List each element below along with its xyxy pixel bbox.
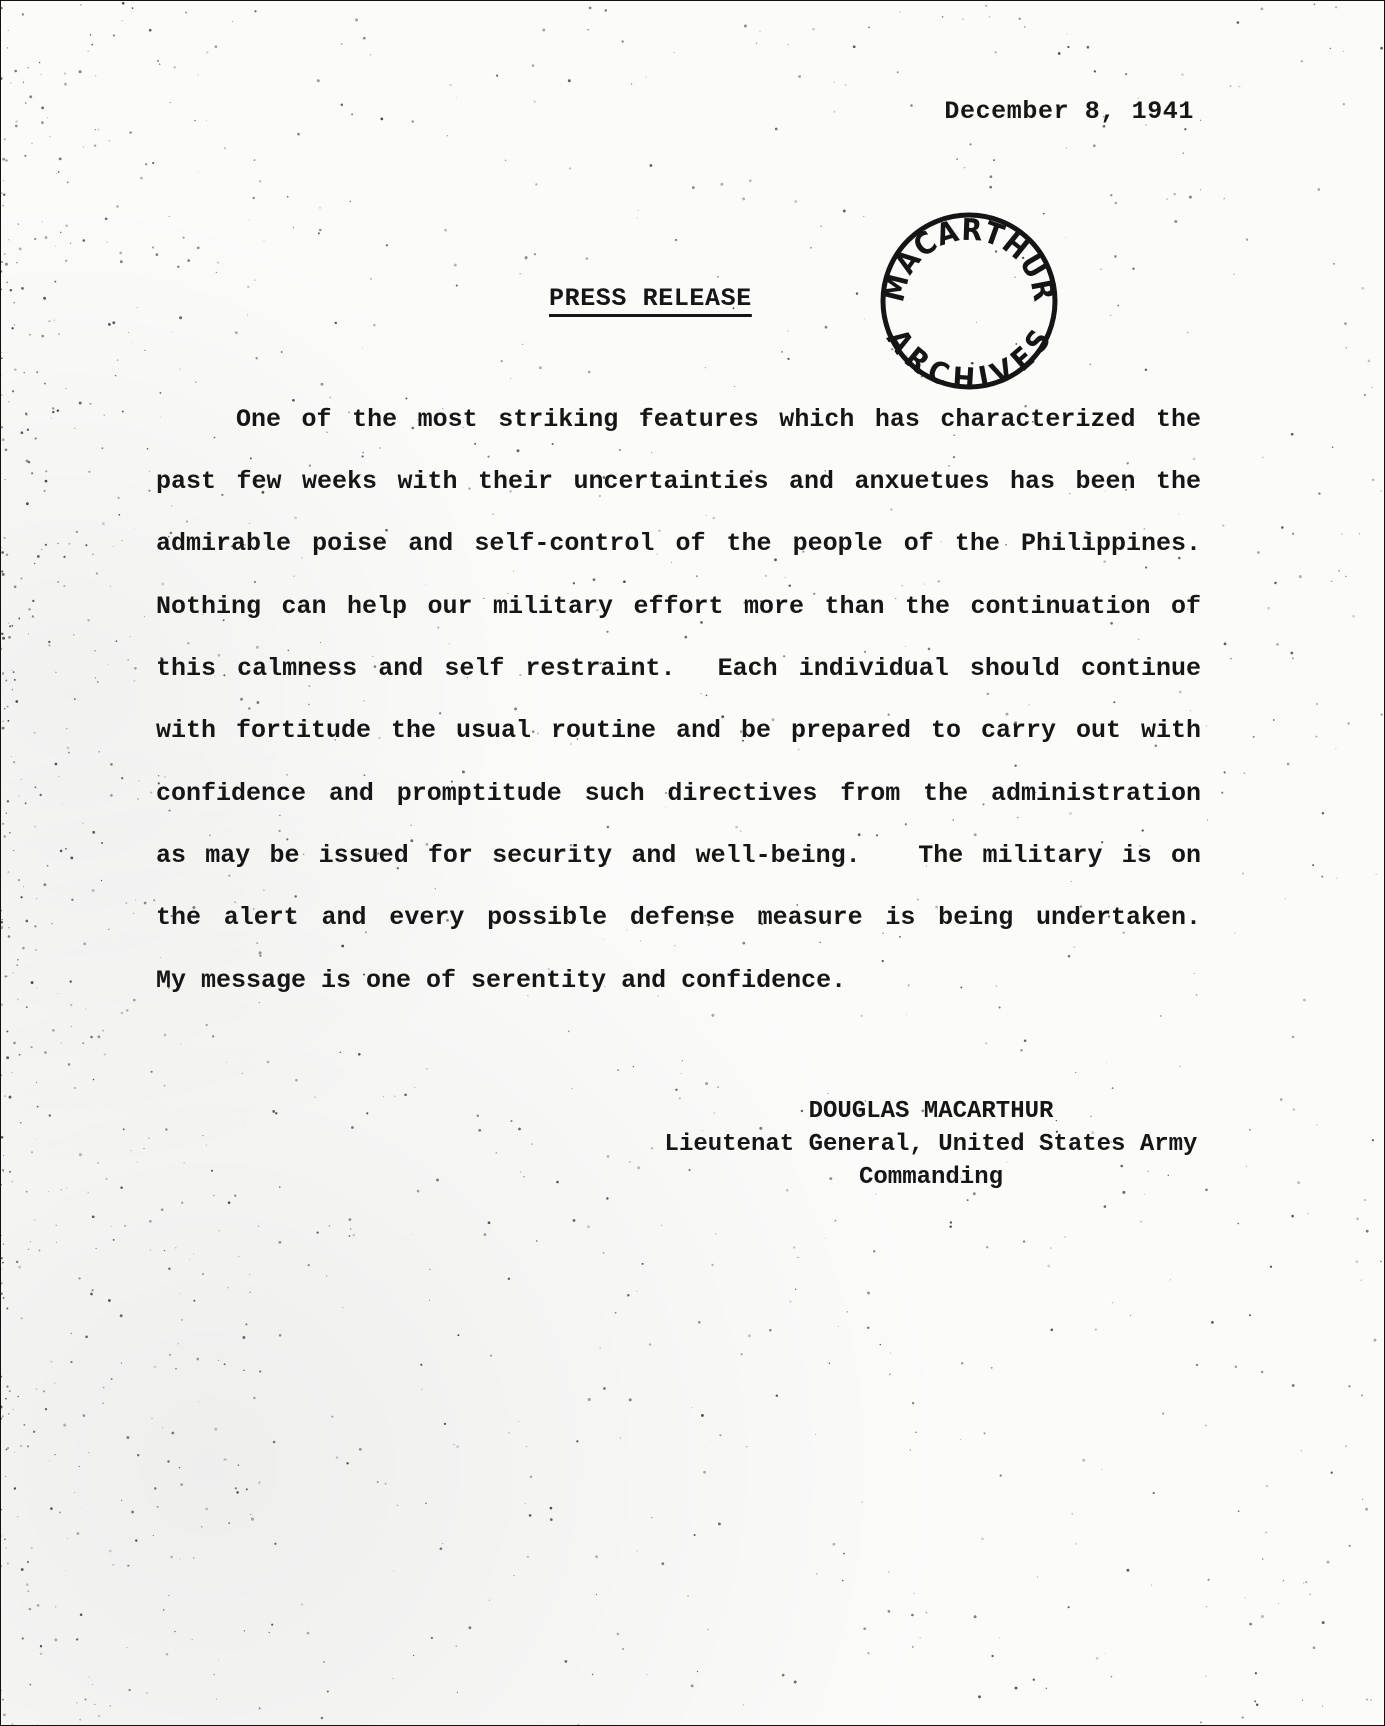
body-line: as may be issued for security and well-b… (156, 841, 1201, 870)
body-line: this calmness and self restraint. Each i… (156, 654, 1201, 683)
body-line: Nothing can help our military effort mor… (156, 592, 1201, 621)
body-line: with fortitude the usual routine and be … (156, 716, 1201, 745)
archives-stamp-icon: MACARTHUR ARCHIVES (877, 209, 1061, 393)
body-line: the alert and every possible defense mea… (156, 903, 1201, 932)
signatory-name: DOUGLAS MACARTHUR (631, 1095, 1231, 1128)
stamp-bottom-text: ARCHIVES (880, 323, 1059, 393)
document-page: December 8, 1941 PRESS RELEASE MACARTHUR… (0, 0, 1385, 1726)
svg-text:MACARTHUR: MACARTHUR (877, 213, 1061, 305)
body-line: My message is one of serentity and confi… (156, 966, 1201, 995)
body-line: confidence and promptitude such directiv… (156, 779, 1201, 808)
document-title: PRESS RELEASE (549, 284, 752, 313)
stamp-top-text: MACARTHUR (877, 213, 1061, 305)
body-line: past few weeks with their uncertainties … (156, 467, 1201, 496)
signature-block: DOUGLAS MACARTHUR Lieutenat General, Uni… (631, 1095, 1231, 1194)
body-line: One of the most striking features which … (156, 405, 1201, 434)
body-line: admirable poise and self-control of the … (156, 529, 1201, 558)
signatory-role: Commanding (631, 1161, 1231, 1194)
document-date: December 8, 1941 (944, 97, 1194, 126)
signatory-rank: Lieutenat General, United States Army (631, 1128, 1231, 1161)
svg-text:ARCHIVES: ARCHIVES (880, 323, 1059, 393)
